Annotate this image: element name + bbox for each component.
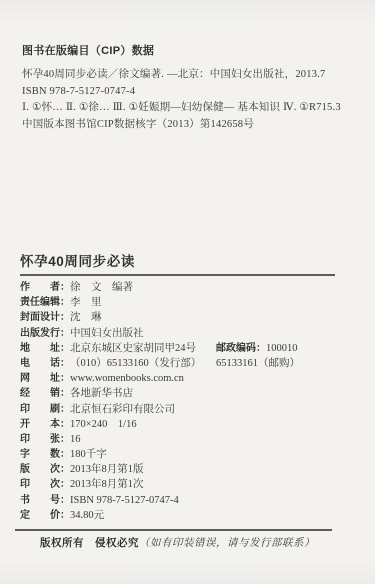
colophon-row: 书 号：ISBN 978-7-5127-0747-4	[20, 493, 365, 508]
cip-line-classification: Ⅰ. ①怀… Ⅱ. ①徐… Ⅲ. ①妊娠期—妇幼保健— 基本知识 Ⅳ. ①R71…	[22, 100, 357, 117]
colophon-label: 责任编辑：	[20, 295, 70, 310]
colophon-extra: 100010	[266, 341, 298, 356]
colophon-value: 16	[70, 432, 216, 447]
colophon-label: 电 话：	[20, 356, 70, 371]
colophon-label: 开 本：	[20, 417, 70, 432]
colophon-value: （010）65133160（发行部）	[70, 356, 216, 371]
colophon-label: 书 号：	[20, 493, 70, 508]
cip-line-title: 怀孕40周同步必读／徐文编著. —北京：中国妇女出版社，2013.7	[22, 67, 357, 84]
colophon-label: 封面设计：	[20, 310, 70, 325]
colophon-value: 李 里	[70, 295, 216, 310]
colophon-value: 徐 文 编著	[70, 280, 216, 295]
colophon-row: 出版发行：中国妇女出版社	[20, 326, 365, 341]
colophon-label: 字 数：	[20, 447, 70, 462]
colophon-label: 网 址：	[20, 371, 70, 386]
colophon-row: 作 者：徐 文 编著	[20, 280, 365, 295]
colophon-row: 定 价：34.80元	[20, 508, 365, 523]
colophon-value: 180千字	[70, 447, 216, 462]
colophon-value: 北京恒石彩印有限公司	[70, 402, 216, 417]
colophon-row: 责任编辑：李 里	[20, 295, 365, 310]
colophon-value: 2013年8月第1版	[70, 462, 216, 477]
colophon-label: 印 张：	[20, 432, 70, 447]
colophon-label: 版 次：	[20, 462, 70, 477]
colophon-row: 版 次：2013年8月第1版	[20, 462, 365, 477]
colophon-label: 印 次：	[20, 477, 70, 492]
copyright-notice: 版权所有 侵权必究（如有印装错误，请与发行部联系）	[15, 536, 340, 551]
colophon-row: 地 址：北京东城区史家胡同甲24号邮政编码：100010	[20, 341, 365, 356]
colophon-extra: 65133161（邮购）	[216, 356, 300, 371]
colophon-label: 出版发行：	[20, 326, 70, 341]
colophon-row: 印 次：2013年8月第1次	[20, 477, 365, 492]
colophon-label: 定 价：	[20, 508, 70, 523]
copyright-notice-bold: 版权所有 侵权必究	[40, 537, 139, 549]
colophon-row: 封面设计：沈 琳	[20, 310, 365, 325]
colophon-value: 北京东城区史家胡同甲24号	[70, 341, 216, 356]
cip-block: 图书在版编目（CIP）数据 怀孕40周同步必读／徐文编著. —北京：中国妇女出版…	[22, 44, 357, 133]
colophon-value: 34.80元	[70, 508, 216, 523]
colophon: 作 者：徐 文 编著 责任编辑：李 里 封面设计：沈 琳 出版发行：中国妇女出版…	[20, 280, 365, 523]
title-divider	[20, 274, 335, 276]
book-title: 怀孕40周同步必读	[20, 254, 335, 269]
colophon-value: 各地新华书店	[70, 386, 216, 401]
colophon-row: 电 话：（010）65133160（发行部）65133161（邮购）	[20, 356, 365, 371]
colophon-value: 170×240 1/16	[70, 417, 216, 432]
cip-line-record-number: 中国版本图书馆CIP数据核字（2013）第142658号	[22, 117, 357, 134]
colophon-row: 印 张：16	[20, 432, 365, 447]
colophon-label: 地 址：	[20, 341, 70, 356]
colophon-label: 印 刷：	[20, 402, 70, 417]
colophon-row: 经 销：各地新华书店	[20, 386, 365, 401]
colophon-row: 网 址：www.womenbooks.com.cn	[20, 371, 365, 386]
colophon-extra-label: 邮政编码：	[216, 341, 266, 356]
colophon-row: 印 刷：北京恒石彩印有限公司	[20, 402, 365, 417]
cip-line-isbn: ISBN 978-7-5127-0747-4	[22, 84, 357, 101]
colophon-value: 沈 琳	[70, 310, 216, 325]
colophon-row: 字 数：180千字	[20, 447, 365, 462]
colophon-value: www.womenbooks.com.cn	[70, 371, 216, 386]
colophon-value: 2013年8月第1次	[70, 477, 216, 492]
title-block: 怀孕40周同步必读	[20, 254, 335, 276]
colophon-value: 中国妇女出版社	[70, 326, 216, 341]
footer-divider	[15, 529, 332, 531]
copyright-notice-note: （如有印装错误，请与发行部联系）	[139, 538, 315, 549]
colophon-value: ISBN 978-7-5127-0747-4	[70, 493, 216, 508]
cip-heading: 图书在版编目（CIP）数据	[22, 44, 357, 58]
colophon-label: 作 者：	[20, 280, 70, 295]
colophon-label: 经 销：	[20, 386, 70, 401]
colophon-row: 开 本：170×240 1/16	[20, 417, 365, 432]
copyright-page: 图书在版编目（CIP）数据 怀孕40周同步必读／徐文编著. —北京：中国妇女出版…	[0, 0, 375, 584]
